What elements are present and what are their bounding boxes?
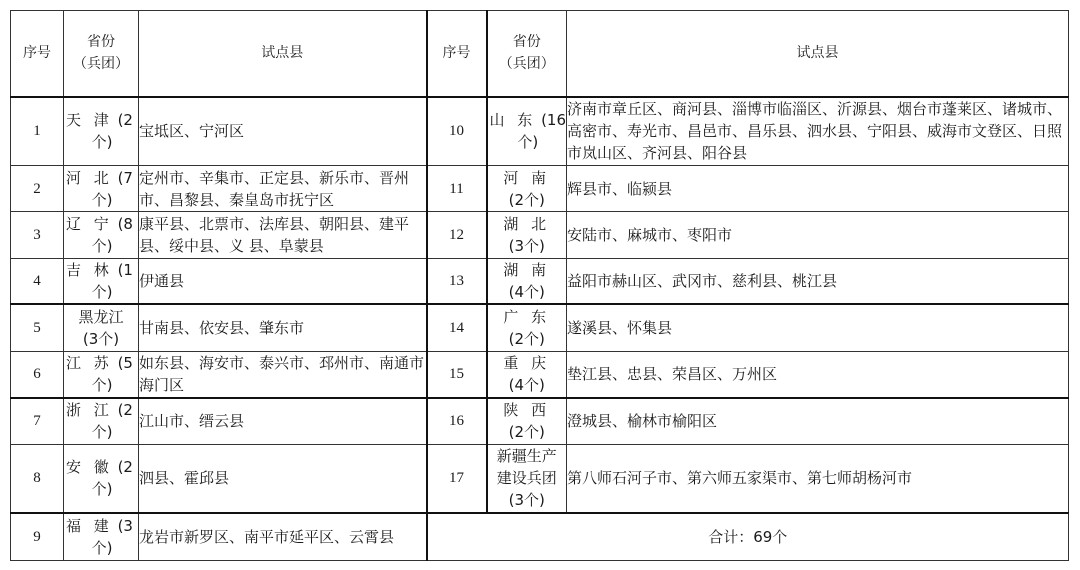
seq-cell: 6 [11,351,64,398]
province-count: (2 [118,111,133,129]
province-name: 湖 南 [503,261,550,279]
province-name: 安 徽 [66,458,113,476]
header-province: 省份 （兵团） [64,11,139,97]
province-cell: 陕 西 (2个) [487,398,567,444]
counties-cell: 定州市、辛集市、正定县、新乐市、晋州市、昌黎县、秦皇岛市抚宁区 [139,166,427,212]
province-count-suffix: 个) [66,478,138,500]
seq-cell: 17 [427,444,487,513]
seq-cell: 5 [11,304,64,351]
seq-cell: 3 [11,212,64,259]
province-name: 天 津 [66,111,113,129]
province-count-suffix: 个) [490,131,567,153]
counties-cell: 益阳市赫山区、武冈市、慈利县、桃江县 [567,259,1069,305]
seq-cell: 4 [11,259,64,305]
province-cell: 吉 林 (1 个) [64,259,139,305]
province-name: 辽 宁 [66,215,113,233]
counties-cell: 宝坻区、宁河区 [139,97,427,166]
province-name-line1: 新疆生产 [488,445,567,467]
counties-cell: 如东县、海安市、泰兴市、邳州市、南通市海门区 [139,351,427,398]
province-count: (8 [118,215,133,233]
seq-cell: 14 [427,304,487,351]
province-cell: 新疆生产 建设兵团 (3个) [487,444,567,513]
table-row: 1 天 津 (2 个) 宝坻区、宁河区 10 山 东 (16 个) 济南市章丘区… [11,97,1069,166]
province-name: 河 北 [66,169,113,187]
counties-cell: 甘南县、依安县、肇东市 [139,304,427,351]
header-province-line2: （兵团） [64,53,138,75]
province-name: 江 苏 [66,354,113,372]
province-cell: 福 建 (3 个) [64,513,139,560]
seq-cell: 1 [11,97,64,166]
header-row: 序号 省份 （兵团） 试点县 序号 省份 （兵团） 试点县 [11,11,1069,97]
header-counties-right: 试点县 [567,11,1069,97]
province-cell: 山 东 (16 个) [487,97,567,166]
province-count: (3个) [488,235,567,257]
province-cell: 湖 北 (3个) [487,212,567,259]
province-name: 吉 林 [66,261,113,279]
province-cell: 河 南 (2个) [487,166,567,212]
table-row: 5 黑龙江 (3个) 甘南县、依安县、肇东市 14 广 东 (2个) 遂溪县、怀… [11,304,1069,351]
seq-cell: 11 [427,166,487,212]
province-count: (16 [541,111,566,129]
province-count: (4个) [488,281,567,303]
province-name: 福 建 [66,517,113,535]
province-count: (4个) [488,374,567,396]
province-cell: 黑龙江 (3个) [64,304,139,351]
seq-cell: 15 [427,351,487,398]
province-name: 黑龙江 [78,308,123,326]
header-province-line1: 省份 [64,31,138,53]
province-cell: 安 徽 (2 个) [64,444,139,513]
province-count: (3 [118,517,133,535]
counties-cell: 垫江县、忠县、荣昌区、万州区 [567,351,1069,398]
province-cell: 河 北 (7 个) [64,166,139,212]
seq-cell: 13 [427,259,487,305]
total-cell: 合计：69个 [427,513,1069,560]
header-province-line1-right: 省份 [488,31,567,53]
seq-cell: 9 [11,513,64,560]
province-count-suffix: 个) [66,235,138,257]
province-name: 陕 西 [503,401,550,419]
province-count: (1 [118,261,133,279]
province-cell: 天 津 (2 个) [64,97,139,166]
counties-cell: 第八师石河子市、第六师五家渠市、第七师胡杨河市 [567,444,1069,513]
counties-cell: 安陆市、麻城市、枣阳市 [567,212,1069,259]
province-count: (2个) [488,189,567,211]
table-row: 2 河 北 (7 个) 定州市、辛集市、正定县、新乐市、晋州市、昌黎县、秦皇岛市… [11,166,1069,212]
province-count-suffix: 个) [66,537,138,559]
seq-cell: 8 [11,444,64,513]
counties-cell: 遂溪县、怀集县 [567,304,1069,351]
province-count: (2 [118,401,133,419]
province-count-suffix: 个) [66,374,138,396]
province-cell: 江 苏 (5 个) [64,351,139,398]
counties-cell: 江山市、缙云县 [139,398,427,444]
province-cell: 辽 宁 (8 个) [64,212,139,259]
seq-cell: 2 [11,166,64,212]
counties-cell: 济南市章丘区、商河县、淄博市临淄区、沂源县、烟台市蓬莱区、诸城市、高密市、寿光市… [567,97,1069,166]
pilot-counties-table: 序号 省份 （兵团） 试点县 序号 省份 （兵团） 试点县 1 天 津 (2 个… [10,10,1069,561]
province-count: (2 [118,458,133,476]
province-cell: 湖 南 (4个) [487,259,567,305]
header-province-line2-right: （兵团） [488,53,567,75]
header-seq: 序号 [11,11,64,97]
seq-cell: 7 [11,398,64,444]
table-row: 7 浙 江 (2 个) 江山市、缙云县 16 陕 西 (2个) 澄城县、榆林市榆… [11,398,1069,444]
table-row: 4 吉 林 (1 个) 伊通县 13 湖 南 (4个) 益阳市赫山区、武冈市、慈… [11,259,1069,305]
province-cell: 浙 江 (2 个) [64,398,139,444]
province-name: 重 庆 [503,354,550,372]
counties-cell: 辉县市、临颍县 [567,166,1069,212]
province-name: 河 南 [503,169,550,187]
table-row: 9 福 建 (3 个) 龙岩市新罗区、南平市延平区、云霄县 合计：69个 [11,513,1069,560]
table-row: 3 辽 宁 (8 个) 康平县、北票市、法库县、朝阳县、建平县、绥中县、义 县、… [11,212,1069,259]
province-count-suffix: 个) [66,421,138,443]
counties-cell: 澄城县、榆林市榆阳区 [567,398,1069,444]
counties-cell: 龙岩市新罗区、南平市延平区、云霄县 [139,513,427,560]
province-count: (7 [118,169,133,187]
province-name: 广 东 [503,308,550,326]
province-count: (2个) [488,421,567,443]
province-cell: 广 东 (2个) [487,304,567,351]
seq-cell: 16 [427,398,487,444]
province-name: 浙 江 [66,401,113,419]
province-count: (3个) [64,328,138,350]
seq-cell: 12 [427,212,487,259]
province-name-line2: 建设兵团 [488,467,567,489]
counties-cell: 泗县、霍邱县 [139,444,427,513]
province-cell: 重 庆 (4个) [487,351,567,398]
province-count-suffix: 个) [66,281,138,303]
header-counties: 试点县 [139,11,427,97]
counties-cell: 伊通县 [139,259,427,305]
table-row: 8 安 徽 (2 个) 泗县、霍邱县 17 新疆生产 建设兵团 (3个) 第八师… [11,444,1069,513]
province-count: (2个) [488,328,567,350]
seq-cell: 10 [427,97,487,166]
province-name: 湖 北 [503,215,550,233]
counties-cell: 康平县、北票市、法库县、朝阳县、建平县、绥中县、义 县、阜蒙县 [139,212,427,259]
province-count-suffix: 个) [66,189,138,211]
province-count: (5 [118,354,133,372]
table-row: 6 江 苏 (5 个) 如东县、海安市、泰兴市、邳州市、南通市海门区 15 重 … [11,351,1069,398]
province-count: (3个) [488,489,567,511]
header-seq-right: 序号 [427,11,487,97]
header-province-right: 省份 （兵团） [487,11,567,97]
province-name: 山 东 [490,111,537,129]
province-count-suffix: 个) [66,131,138,153]
